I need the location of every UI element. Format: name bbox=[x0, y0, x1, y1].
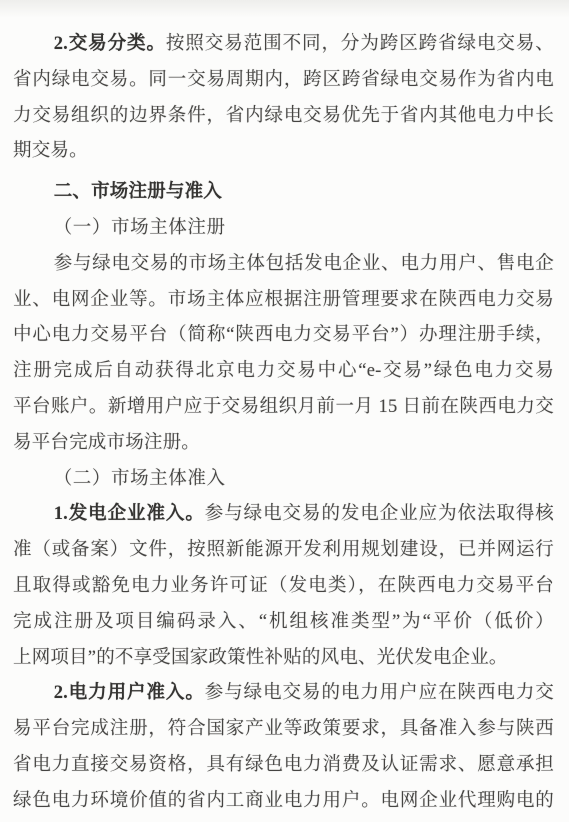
document-text-block: 2.交易分类。按照交易范围不同，分为跨区跨省绿电交易、省内绿电交易。同一交易周期… bbox=[13, 27, 554, 820]
para-generator-access-line: 完成注册及项目编码录入、“机组核准类型”为“平价（低价） bbox=[13, 605, 554, 641]
body-text: 省内绿电交易。同一交易周期内，跨区跨省绿电交易作为省内电 bbox=[13, 70, 554, 90]
body-text: 参与绿电交易的市场主体包括发电企业、电力用户、售电企 bbox=[54, 254, 554, 274]
para-power-user-access-line: 省电力直接交易资格，具有绿色电力消费及认证需求、愿意承担 bbox=[13, 748, 554, 784]
body-text: 中心电力交易平台（简称“陕西电力交易平台”）办理注册手续， bbox=[13, 325, 554, 345]
body-text: 省电力直接交易资格，具有绿色电力消费及认证需求、愿意承担 bbox=[13, 755, 554, 775]
body-text: 绿色电力环境价值的省内工商业电力用户。电网企业代理购电的 bbox=[13, 791, 554, 811]
para-generator-access-line: 上网项目”的不享受国家政策性补贴的风电、光伏发电企业。 bbox=[13, 641, 554, 677]
body-text: 按照交易范围不同，分为跨区跨省绿电交易、 bbox=[166, 34, 554, 54]
para-market-entity-registration-line: 参与绿电交易的市场主体包括发电企业、电力用户、售电企 bbox=[13, 247, 554, 283]
body-text: 准（或备案）文件，按照新能源开发利用规划建设，已并网运行 bbox=[13, 540, 554, 560]
section-heading-market-registration: 二、市场注册与准入 bbox=[13, 175, 554, 211]
body-text: 力交易组织的边界条件，省内绿电交易优先于省内其他电力中长 bbox=[13, 106, 554, 126]
para-market-entity-registration-line: 业、电网企业等。市场主体应根据注册管理要求在陕西电力交易 bbox=[13, 283, 554, 319]
para-trading-classification-line: 2.交易分类。按照交易范围不同，分为跨区跨省绿电交易、 bbox=[13, 27, 554, 63]
para-generator-access-line: 1.发电企业准入。参与绿电交易的发电企业应为依法取得核 bbox=[13, 497, 554, 533]
para-generator-access-line: 准（或备案）文件，按照新能源开发利用规划建设，已并网运行 bbox=[13, 533, 554, 569]
subsection-heading-market-entity-registration: （一）市场主体注册 bbox=[13, 211, 554, 247]
para-power-user-access-line: 2.电力用户准入。参与绿电交易的电力用户应在陕西电力交 bbox=[13, 676, 554, 712]
subsection-heading-market-entity-access: （二）市场主体准入 bbox=[13, 462, 554, 498]
para-power-user-access-line: 易平台完成注册，符合国家产业等政策要求，具备准入参与陕西 bbox=[13, 712, 554, 748]
page-top-scan-edge bbox=[0, 0, 569, 18]
para-market-entity-registration-line: 易平台完成市场注册。 bbox=[13, 426, 554, 462]
para-market-entity-registration-line: 平台账户。新增用户应于交易组织月前一月 15 日前在陕西电力交 bbox=[13, 390, 554, 426]
para-trading-classification-line: 期交易。 bbox=[13, 134, 554, 170]
body-text: 上网项目”的不享受国家政策性补贴的风电、光伏发电企业。 bbox=[13, 648, 508, 668]
body-text: 完成注册及项目编码录入、“机组核准类型”为“平价（低价） bbox=[13, 612, 554, 632]
bold-lead-text: 1.发电企业准入。 bbox=[54, 504, 205, 524]
body-text: 期交易。 bbox=[13, 141, 88, 161]
body-text: 易平台完成注册，符合国家产业等政策要求，具备准入参与陕西 bbox=[13, 719, 554, 739]
para-market-entity-registration-line: 中心电力交易平台（简称“陕西电力交易平台”）办理注册手续， bbox=[13, 318, 554, 354]
bold-lead-text: 2.交易分类。 bbox=[54, 34, 166, 54]
para-trading-classification-line: 力交易组织的边界条件，省内绿电交易优先于省内其他电力中长 bbox=[13, 99, 554, 135]
body-text: 注册完成后自动获得北京电力交易中心“e-交易”绿色电力交易 bbox=[13, 361, 554, 381]
body-text: 平台账户。新增用户应于交易组织月前一月 15 日前在陕西电力交 bbox=[13, 397, 554, 417]
bold-lead-text: 2.电力用户准入。 bbox=[54, 683, 205, 703]
body-text: 且取得或豁免电力业务许可证（发电类），在陕西电力交易平台 bbox=[13, 576, 554, 596]
document-page: 2.交易分类。按照交易范围不同，分为跨区跨省绿电交易、省内绿电交易。同一交易周期… bbox=[0, 0, 569, 822]
bold-lead-text: 二、市场注册与准入 bbox=[54, 182, 222, 202]
para-generator-access-line: 且取得或豁免电力业务许可证（发电类），在陕西电力交易平台 bbox=[13, 569, 554, 605]
body-text: （二）市场主体准入 bbox=[54, 469, 226, 489]
body-text: 易平台完成市场注册。 bbox=[13, 433, 200, 453]
body-text: 参与绿电交易的电力用户应在陕西电力交 bbox=[205, 683, 554, 703]
para-trading-classification-line: 省内绿电交易。同一交易周期内，跨区跨省绿电交易作为省内电 bbox=[13, 63, 554, 99]
para-power-user-access-line: 绿色电力环境价值的省内工商业电力用户。电网企业代理购电的 bbox=[13, 784, 554, 820]
body-text: 业、电网企业等。市场主体应根据注册管理要求在陕西电力交易 bbox=[13, 290, 554, 310]
body-text: 参与绿电交易的发电企业应为依法取得核 bbox=[205, 504, 554, 524]
body-text: （一）市场主体注册 bbox=[54, 218, 226, 238]
para-market-entity-registration-line: 注册完成后自动获得北京电力交易中心“e-交易”绿色电力交易 bbox=[13, 354, 554, 390]
